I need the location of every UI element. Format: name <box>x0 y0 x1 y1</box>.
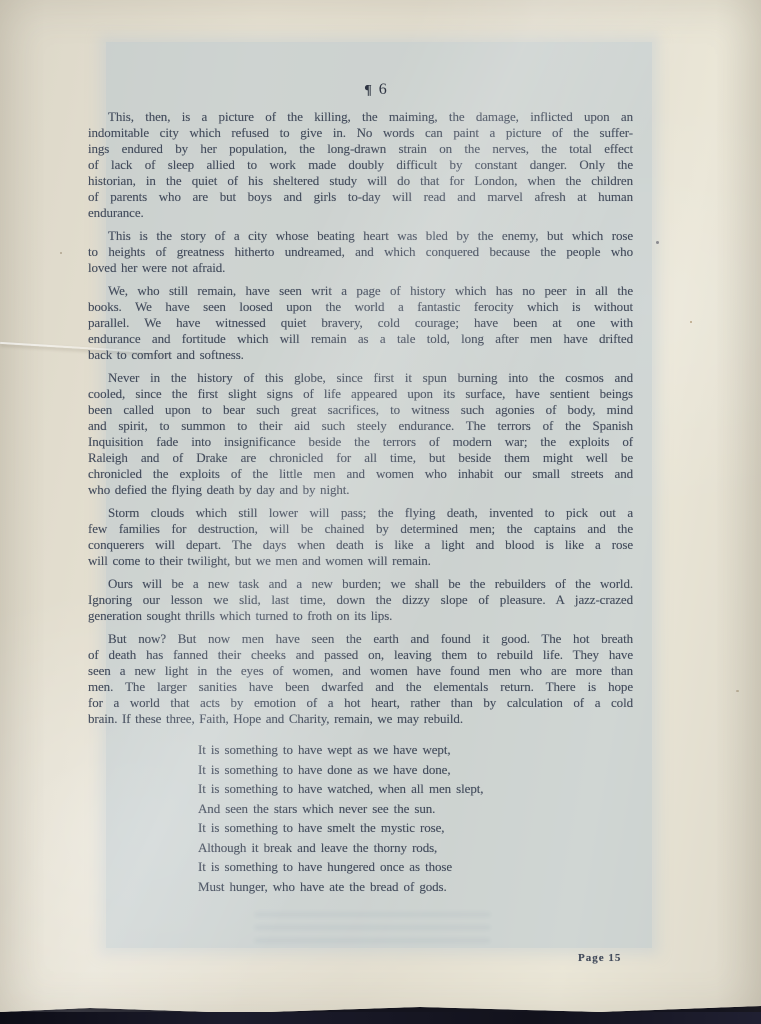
text-line: books. We have seen loosed upon the worl… <box>88 299 633 315</box>
poem-line: It is something to have wept as we have … <box>198 740 633 760</box>
poem-line: Must hunger, who have ate the bread of g… <box>198 877 633 897</box>
poem-line: It is something to have done as we have … <box>198 760 633 780</box>
text-line: of lack of sleep allied to work made dou… <box>88 157 633 173</box>
text-line: Storm clouds which still lower will pass… <box>88 505 633 521</box>
text-line: to heights of greatness hitherto undream… <box>88 244 633 260</box>
text-line: Ignoring our lesson we slid, last time, … <box>88 592 633 608</box>
pilcrow-mark: ¶ <box>364 83 372 98</box>
paragraph: This is the story of a city whose beatin… <box>88 228 633 276</box>
text-line: of parents who are but boys and girls to… <box>88 189 633 205</box>
text-line: seen a new light in the eyes of women, a… <box>88 663 633 679</box>
text-line: few families for destruction, will be ch… <box>88 521 633 537</box>
text-line: will come to their twilight, but we men … <box>88 553 633 569</box>
text-line: chronicled the exploits of the little me… <box>88 466 633 482</box>
text-line: This is the story of a city whose beatin… <box>88 228 633 244</box>
text-line: been called upon to bear such great sacr… <box>88 402 633 418</box>
paragraph: Storm clouds which still lower will pass… <box>88 505 633 569</box>
text-line: Never in the history of this globe, sinc… <box>88 370 633 386</box>
paragraph: But now? But now men have seen the earth… <box>88 631 633 727</box>
text-line: Ours will be a new task and a new burden… <box>88 576 633 592</box>
text-line: parallel. We have witnessed quiet braver… <box>88 315 633 331</box>
poem-line: It is something to have hungered once as… <box>198 857 633 877</box>
text-line: Raleigh and of Drake are chronicled for … <box>88 450 633 466</box>
page-footer: Page 15 <box>578 952 621 964</box>
paper-speck <box>656 241 659 244</box>
paragraph: We, who still remain, have seen writ a p… <box>88 283 633 363</box>
text-line: This, then, is a picture of the killing,… <box>88 109 633 125</box>
text-line: Inquisition fade into insignificance bes… <box>88 434 633 450</box>
text-line: endurance and fortitude which will remai… <box>88 331 633 347</box>
text-line: and spirit, to summon to their aid such … <box>88 418 633 434</box>
text-line: endurance. <box>88 205 633 221</box>
text-line: for a world that acts by emotion of a ho… <box>88 695 633 711</box>
ink-bleed-through <box>255 913 490 943</box>
text-line: ings endured by her population, the long… <box>88 141 633 157</box>
poem-line: It is something to have smelt the mystic… <box>198 818 633 838</box>
poem-block: It is something to have wept as we have … <box>198 740 633 896</box>
poem-line: Although it break and leave the thorny r… <box>198 838 633 858</box>
paper-speck <box>736 690 739 692</box>
text-line: of death has fanned their cheeks and pas… <box>88 647 633 663</box>
text-line: back to comfort and softness. <box>88 347 633 363</box>
text-line: loved her were not afraid. <box>88 260 633 276</box>
paragraph: Ours will be a new task and a new burden… <box>88 576 633 624</box>
text-line: historian, in the quiet of his sheltered… <box>88 173 633 189</box>
text-line: men. The larger sanities have been dwarf… <box>88 679 633 695</box>
paper-speck <box>60 252 62 254</box>
header-number: 6 <box>379 81 387 98</box>
poem-line: It is something to have watched, when al… <box>198 779 633 799</box>
scanned-document: ¶6 This, then, is a picture of the killi… <box>0 0 761 1024</box>
text-line: who defied the flying death by day and b… <box>88 482 633 498</box>
poem-line: And seen the stars which never see the s… <box>198 799 633 819</box>
text-line: We, who still remain, have seen writ a p… <box>88 283 633 299</box>
paper-speck <box>690 321 692 323</box>
scanner-background-strip <box>0 1012 761 1024</box>
page-header-number: ¶6 <box>118 82 633 99</box>
body-text: This, then, is a picture of the killing,… <box>88 109 633 727</box>
text-line: conquerers will depart. The days when de… <box>88 537 633 553</box>
text-line: But now? But now men have seen the earth… <box>88 631 633 647</box>
text-line: cooled, since the first slight signs of … <box>88 386 633 402</box>
text-column: ¶6 This, then, is a picture of the killi… <box>88 82 633 896</box>
paragraph: Never in the history of this globe, sinc… <box>88 370 633 498</box>
text-line: indomitable city which refused to give i… <box>88 125 633 141</box>
text-line: brain. If these three, Faith, Hope and C… <box>88 711 633 727</box>
text-line: generation sought thrills which turned t… <box>88 608 633 624</box>
paragraph: This, then, is a picture of the killing,… <box>88 109 633 221</box>
